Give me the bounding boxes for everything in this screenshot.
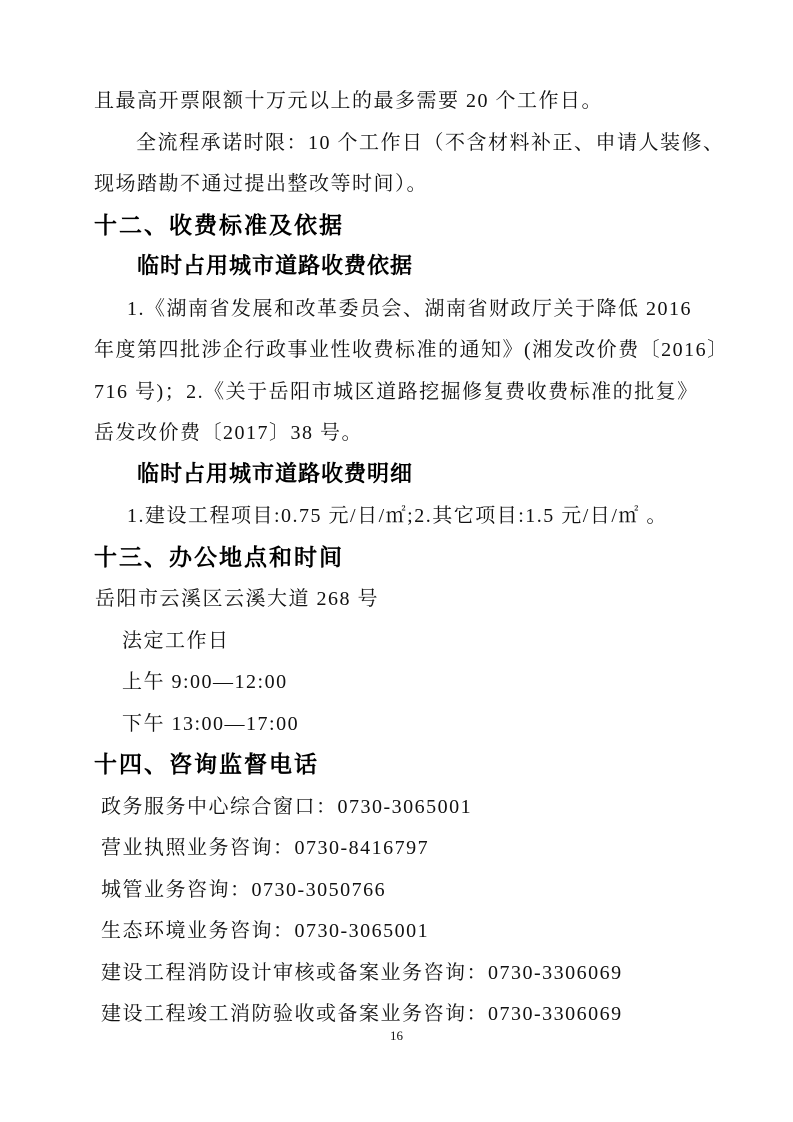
line-text: 十四、咨询监督电话 [94,746,319,779]
text-line: 下午 13:00—17:00 [0,701,793,743]
line-text: 临时占用城市道路收费明细 [137,457,413,488]
text-line: 法定工作日 [0,618,793,660]
section-heading: 十二、收费标准及依据 [0,203,793,245]
line-text: 1.建设工程项目:0.75 元/日/㎡;2.其它项目:1.5 元/日/㎡ 。 [127,499,668,528]
line-text: 下午 13:00—17:00 [122,707,299,736]
page-number: 16 [0,1028,793,1044]
line-text: 建设工程竣工消防验收或备案业务咨询：0730-3306069 [101,997,623,1026]
section-heading: 十三、办公地点和时间 [0,535,793,577]
line-text: 716 号)；2.《关于岳阳市城区道路挖掘修复费收费标准的批复》 [94,375,699,404]
line-text: 营业执照业务咨询：0730-8416797 [101,831,429,860]
text-line: 上午 9:00—12:00 [0,659,793,701]
section-heading: 十四、咨询监督电话 [0,742,793,784]
text-line: 1.《湖南省发展和改革委员会、湖南省财政厅关于降低 2016 [0,286,793,328]
text-line: 1.建设工程项目:0.75 元/日/㎡;2.其它项目:1.5 元/日/㎡ 。 [0,493,793,535]
line-text: 1.《湖南省发展和改革委员会、湖南省财政厅关于降低 2016 [127,292,692,321]
line-text: 岳发改价费〔2017〕38 号。 [94,416,363,445]
line-text: 城管业务咨询：0730-3050766 [101,873,386,902]
text-line: 716 号)；2.《关于岳阳市城区道路挖掘修复费收费标准的批复》 [0,369,793,411]
text-line: 营业执照业务咨询：0730-8416797 [0,825,793,867]
text-line: 城管业务咨询：0730-3050766 [0,867,793,909]
document-body: 且最高开票限额十万元以上的最多需要 20 个工作日。 全流程承诺时限：10 个工… [0,78,793,1033]
text-line: 全流程承诺时限：10 个工作日（不含材料补正、申请人装修、 [0,120,793,162]
sub-heading: 临时占用城市道路收费依据 [0,244,793,286]
line-text: 建设工程消防设计审核或备案业务咨询：0730-3306069 [101,956,623,985]
document-page: 且最高开票限额十万元以上的最多需要 20 个工作日。 全流程承诺时限：10 个工… [0,0,793,1122]
line-text: 政务服务中心综合窗口：0730-3065001 [101,790,472,819]
text-line: 岳发改价费〔2017〕38 号。 [0,410,793,452]
text-line: 且最高开票限额十万元以上的最多需要 20 个工作日。 [0,78,793,120]
text-line: 政务服务中心综合窗口：0730-3065001 [0,784,793,826]
line-text: 岳阳市云溪区云溪大道 268 号 [95,582,379,611]
line-text: 上午 9:00—12:00 [122,665,288,694]
line-text: 十二、收费标准及依据 [94,207,344,240]
line-text: 生态环境业务咨询：0730-3065001 [101,914,429,943]
line-text: 全流程承诺时限：10 个工作日（不含材料补正、申请人装修、 [136,126,725,155]
text-line: 年度第四批涉企行政事业性收费标准的通知》(湘发改价费〔2016〕 [0,327,793,369]
text-line: 岳阳市云溪区云溪大道 268 号 [0,576,793,618]
line-text: 且最高开票限额十万元以上的最多需要 20 个工作日。 [94,84,603,113]
sub-heading: 临时占用城市道路收费明细 [0,452,793,494]
text-line: 建设工程消防设计审核或备案业务咨询：0730-3306069 [0,950,793,992]
line-text: 现场踏勘不通过提出整改等时间）。 [94,167,428,196]
line-text: 法定工作日 [122,624,230,653]
text-line: 生态环境业务咨询：0730-3065001 [0,908,793,950]
text-line: 现场踏勘不通过提出整改等时间）。 [0,161,793,203]
line-text: 年度第四批涉企行政事业性收费标准的通知》(湘发改价费〔2016〕 [94,333,729,362]
line-text: 十三、办公地点和时间 [94,539,344,572]
text-line: 建设工程竣工消防验收或备案业务咨询：0730-3306069 [0,991,793,1033]
line-text: 临时占用城市道路收费依据 [137,249,413,280]
